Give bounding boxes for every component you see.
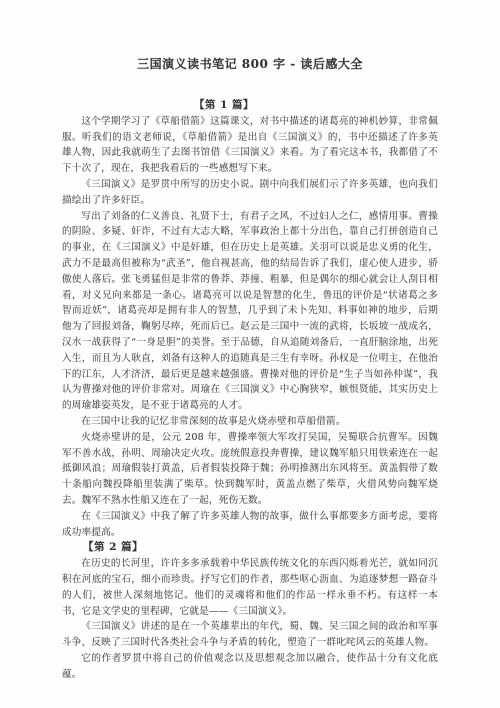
document-page: 三国演义读书笔记 800 字 - 读后感大全 【第 1 篇】 这个学期学习了《草… [0,0,500,708]
document-body: 【第 1 篇】 这个学期学习了《草船借箭》这篇课文，对书中描述的诸葛亮的神机妙算… [0,98,500,682]
paragraph: 它的作者罗贯中将自己的价值观念以及思想观念加以融合，使作品十分有文化底蕴。 [62,651,438,683]
paragraph: 在三国中让我的记忆非常深刻的故事是火烧赤壁和草船借箭。 [62,414,438,430]
paragraph: 《三国演义》讲述的是在一个英雄辈出的年代，蜀、魏、吴三国之间的政治和军事斗争，反… [62,619,438,651]
paragraph: 在历史的长河里，许许多多承载着中华民族传统文化的东西闪烁着光芒，就如同沉积在河底… [62,556,438,619]
paragraph: 这个学期学习了《草船借箭》这篇课文，对书中描述的诸葛亮的神机妙算，非常佩服。听我… [62,114,438,177]
paragraph: 在《三国演义》中我了解了许多英雄人物的故事，做什么事都要多方面考虑，要将成功率提… [62,509,438,541]
document-title: 三国演义读书笔记 800 字 - 读后感大全 [0,0,500,72]
paragraph: 火烧赤壁讲的是，公元 208 年，曹操率领大军攻打吴国，吴蜀联合抗曹军。因魏军不… [62,430,438,509]
paragraph: 写出了刘备的仁义善良、礼贤下士，有君子之风，不过妇人之仁，感情用事。曹操的阴险、… [62,209,438,414]
section-2-header: 【第 2 篇】 [62,540,438,556]
paragraph: 《三国演义》是罗贯中所写的历史小说。剧中向我们展们示了许多英雄，也向我们描绘出了… [62,177,438,209]
section-1-header: 【第 1 篇】 [36,98,412,114]
